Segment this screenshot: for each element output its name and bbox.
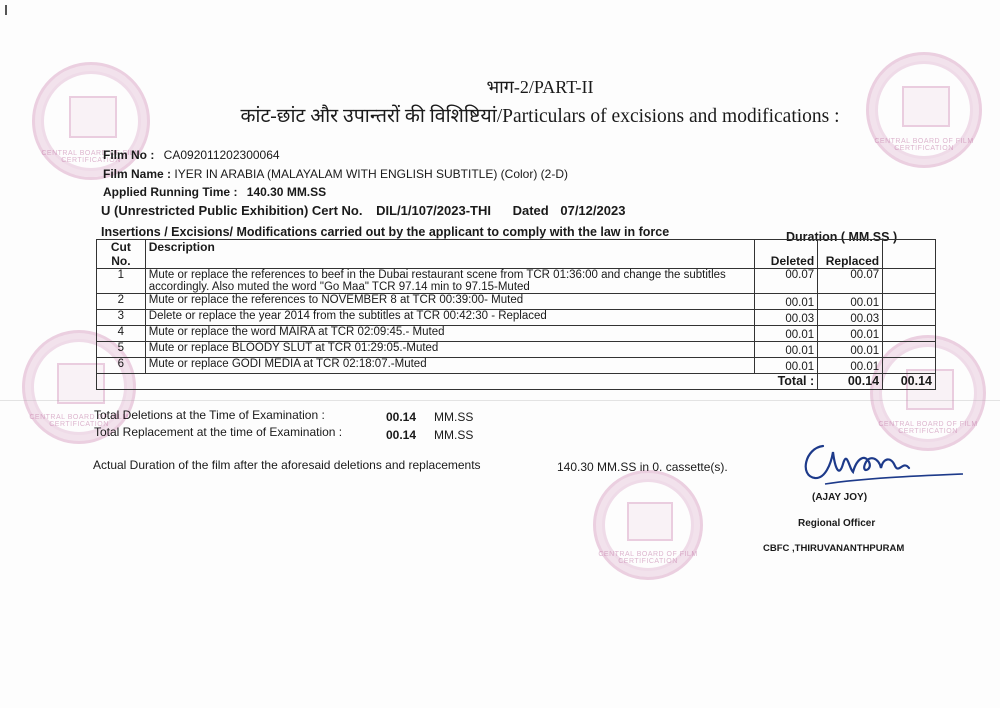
cert-label: U (Unrestricted Public Exhibition) Cert … — [101, 203, 362, 218]
replaced-cell: 00.01 — [818, 326, 883, 342]
deleted-cell: 00.03 — [755, 310, 818, 326]
cut-no-cell: 4 — [97, 326, 146, 342]
description-cell: Mute or replace the references to NOVEMB… — [145, 294, 755, 310]
replaced-cell: 00.07 — [818, 269, 883, 294]
description-cell: Delete or replace the year 2014 from the… — [145, 310, 755, 326]
total-deleted: 00.14 — [818, 374, 883, 390]
deleted-cell: 00.01 — [755, 326, 818, 342]
part-label: भाग-2/PART-II — [0, 75, 1000, 99]
total-replacement-value: 00.14 — [386, 428, 416, 442]
empty-cell — [883, 342, 936, 358]
film-no-value: CA092011202300064 — [164, 148, 280, 162]
table-row: 5Mute or replace BLOODY SLUT at TCR 01:2… — [97, 342, 936, 358]
film-no-label: Film No : — [103, 148, 154, 162]
table-row: 6Mute or replace GODI MEDIA at TCR 02:18… — [97, 358, 936, 374]
table-caption: Insertions / Excisions/ Modifications ca… — [101, 225, 669, 239]
running-time-value: 140.30 MM.SS — [247, 185, 326, 199]
cert-no: DIL/1/107/2023-THI — [376, 203, 491, 218]
table-row: 2Mute or replace the references to NOVEM… — [97, 294, 936, 310]
replaced-cell: 00.03 — [818, 310, 883, 326]
signatory-office: CBFC ,THIRUVANANTHPURAM — [763, 543, 904, 554]
empty-cell — [883, 326, 936, 342]
table-row: 1Mute or replace the references to beef … — [97, 269, 936, 294]
empty-cell — [883, 294, 936, 310]
total-label: Total : — [755, 374, 818, 390]
cert-line: U (Unrestricted Public Exhibition) Cert … — [101, 203, 625, 218]
film-name-label: Film Name : — [103, 167, 171, 181]
header-cut-no: Cut No. — [97, 240, 146, 269]
cbfc-stamp-top-right: CENTRAL BOARD OF FILM CERTIFICATION — [866, 52, 982, 168]
replaced-cell: 00.01 — [818, 342, 883, 358]
page-title: कांट-छांट और उपान्तरों की विशिष्टियां/Pa… — [200, 101, 880, 128]
total-replaced: 00.14 — [883, 374, 936, 390]
cbfc-stamp-bottom: CENTRAL BOARD OF FILM CERTIFICATION — [593, 470, 703, 580]
replaced-cell: 00.01 — [818, 358, 883, 374]
actual-duration-value: 140.30 MM.SS in 0. cassette(s). — [557, 460, 728, 474]
running-time-label: Applied Running Time : — [103, 185, 237, 199]
replaced-cell: 00.01 — [818, 294, 883, 310]
cut-no-cell: 3 — [97, 310, 146, 326]
edge-mark — [5, 5, 7, 15]
cut-no-cell: 5 — [97, 342, 146, 358]
table-total-row: Total : 00.14 00.14 — [97, 374, 936, 390]
deleted-cell: 00.01 — [755, 294, 818, 310]
header-replaced: Replaced — [818, 240, 883, 269]
total-deletions-unit: MM.SS — [434, 410, 473, 424]
total-replacement-unit: MM.SS — [434, 428, 473, 442]
description-cell: Mute or replace the references to beef i… — [145, 269, 755, 294]
total-deletions-value: 00.14 — [386, 410, 416, 424]
total-replacement-label: Total Replacement at the time of Examina… — [94, 425, 342, 439]
description-cell: Mute or replace BLOODY SLUT at TCR 01:29… — [145, 342, 755, 358]
deleted-cell: 00.01 — [755, 342, 818, 358]
fold-line — [0, 400, 1000, 401]
table-row: 3Delete or replace the year 2014 from th… — [97, 310, 936, 326]
header-description: Description — [145, 240, 755, 269]
header-deleted: Deleted — [755, 240, 818, 269]
dated-value: 07/12/2023 — [560, 203, 625, 218]
total-deletions-line: Total Deletions at the Time of Examinati… — [94, 408, 325, 422]
film-no-line: Film No : CA092011202300064 — [103, 148, 280, 162]
signatory-role: Regional Officer — [798, 518, 875, 529]
empty-cell — [883, 269, 936, 294]
description-cell: Mute or replace GODI MEDIA at TCR 02:18:… — [145, 358, 755, 374]
empty-cell — [883, 310, 936, 326]
cut-no-cell: 6 — [97, 358, 146, 374]
film-name-line: Film Name : IYER IN ARABIA (MALAYALAM WI… — [103, 167, 568, 181]
deleted-cell: 00.01 — [755, 358, 818, 374]
header-empty — [883, 240, 936, 269]
description-cell: Mute or replace the word MAIRA at TCR 02… — [145, 326, 755, 342]
cuts-table: Cut No. Description Deleted Replaced 1Mu… — [96, 239, 936, 390]
actual-duration-label: Actual Duration of the film after the af… — [93, 458, 481, 472]
signature-icon — [795, 438, 965, 488]
empty-cell — [883, 358, 936, 374]
cut-no-cell: 2 — [97, 294, 146, 310]
cut-no-cell: 1 — [97, 269, 146, 294]
running-time-line: Applied Running Time : 140.30 MM.SS — [103, 185, 326, 199]
total-replacement-line: Total Replacement at the time of Examina… — [94, 425, 342, 439]
total-deletions-label: Total Deletions at the Time of Examinati… — [94, 408, 325, 422]
film-name-value: IYER IN ARABIA (MALAYALAM WITH ENGLISH S… — [174, 167, 568, 181]
dated-label: Dated — [513, 203, 549, 218]
table-row: 4Mute or replace the word MAIRA at TCR 0… — [97, 326, 936, 342]
table-header-row: Cut No. Description Deleted Replaced — [97, 240, 936, 269]
signatory-name: (AJAY JOY) — [812, 492, 867, 503]
deleted-cell: 00.07 — [755, 269, 818, 294]
